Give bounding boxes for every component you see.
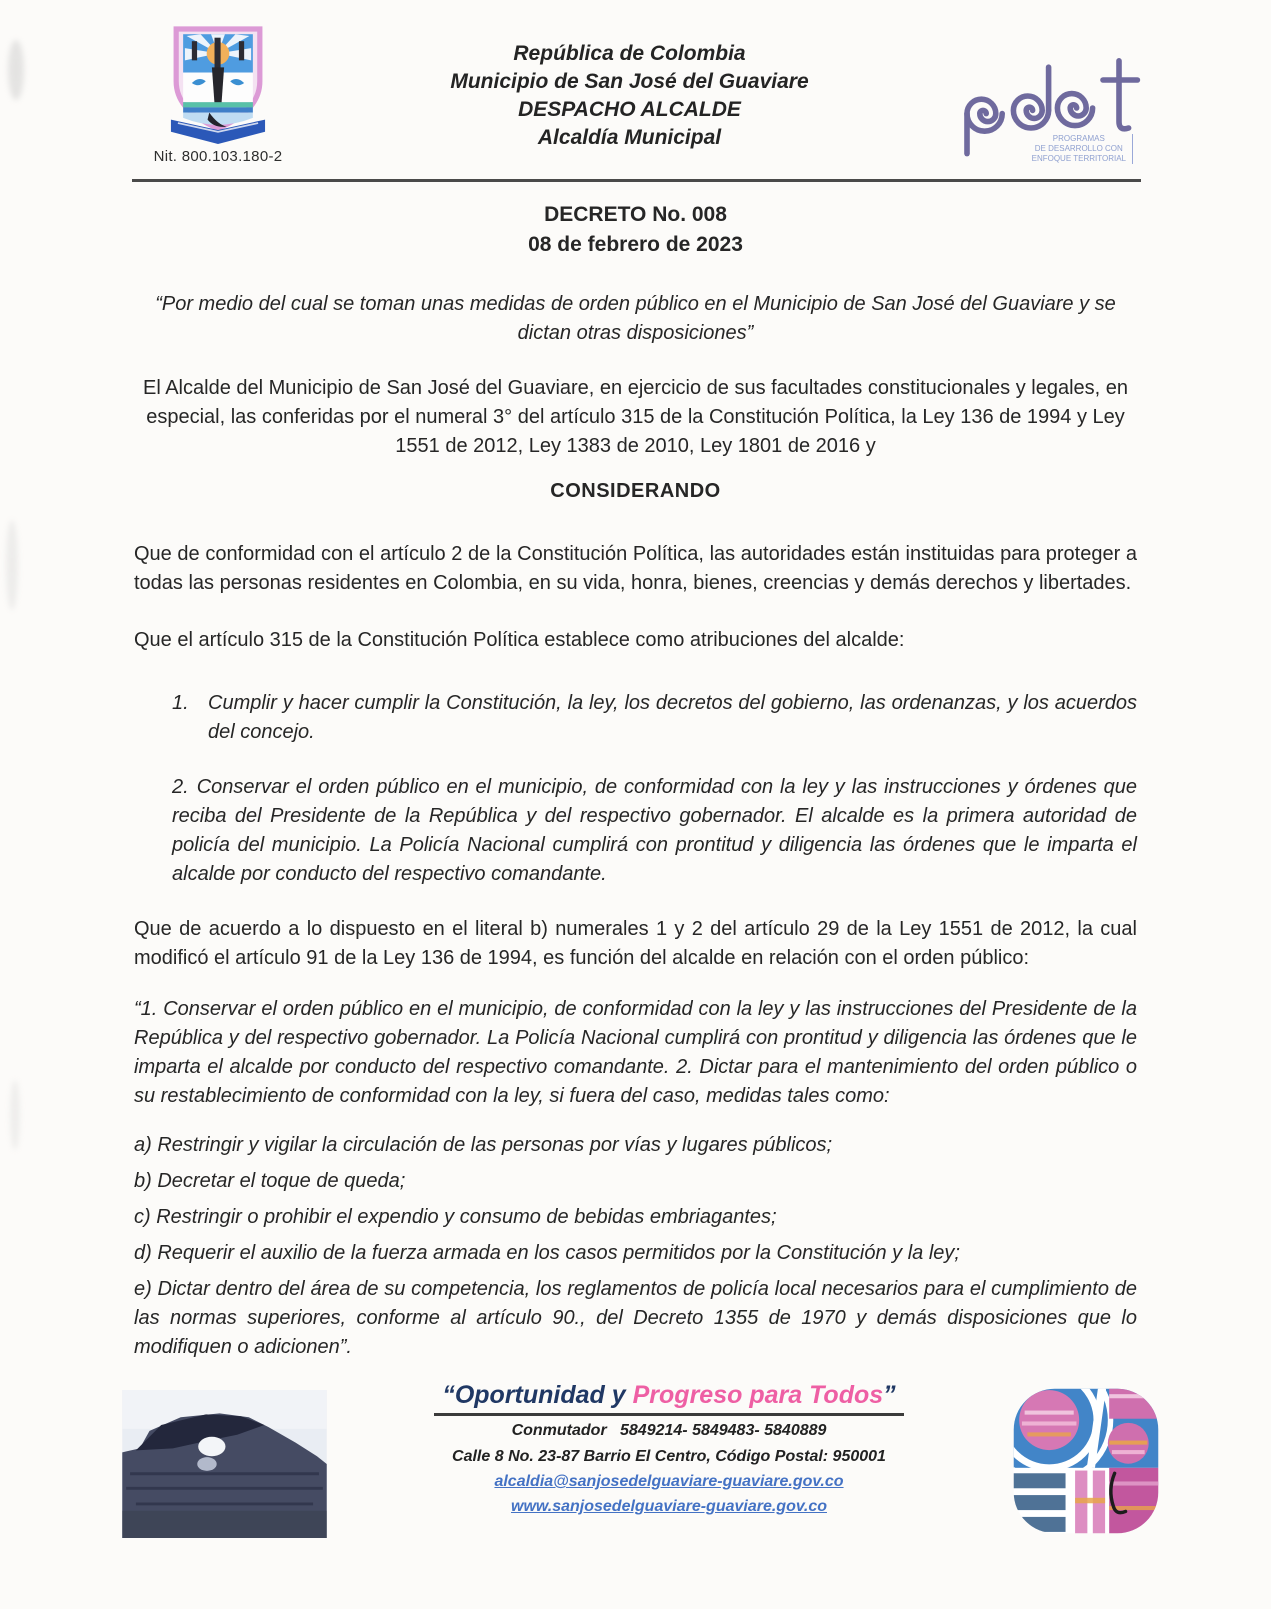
footer-website-link[interactable]: www.sanjosedelguaviare-guaviare.gov.co [341,1495,997,1518]
consideration-paragraph-1: Que de conformidad con el artículo 2 de … [134,540,1137,598]
attribution-item-1-text: Cumplir y hacer cumplir la Constitución,… [208,689,1137,747]
decree-subject: “Por medio del cual se toman unas medida… [134,290,1137,348]
slogan-open: “Oportunidad y [442,1381,632,1409]
footer-slogan: “Oportunidad y Progreso para Todos” [434,1380,903,1416]
attribution-item-1-number: 1. [172,689,208,747]
footer-address-line: Calle 8 No. 23-87 Barrio El Centro, Códi… [341,1445,997,1468]
letterhead-line-country: República de Colombia [308,40,951,68]
document-footer: “Oportunidad y Progreso para Todos” Conm… [0,1362,1271,1543]
pdet-logo-block: PROGRAMAS DE DESARROLLO CON ENFOQUE TERR… [951,22,1151,165]
attribution-item-2: 2.Conservar el orden público en el munic… [172,773,1137,889]
considerando-heading: CONSIDERANDO [134,477,1137,506]
municipal-crest-block: Nit. 800.103.180-2 [128,22,308,165]
measure-item-c: c) Restringir o prohibir el expendio y c… [134,1203,1137,1232]
scan-artifact [10,1080,20,1150]
decree-title-block: DECRETO No. 008 08 de febrero de 2023 [134,200,1137,260]
measure-item-d: d) Requerir el auxilio de la fuerza arma… [134,1239,1137,1268]
decree-body: DECRETO No. 008 08 de febrero de 2023 “P… [0,200,1271,1362]
header-divider [132,179,1141,182]
municipality-brand-logo-icon [1011,1386,1161,1536]
rock-formation-photo [122,1390,327,1543]
legal-quote-paragraph: “1. Conservar el orden público en el mun… [134,995,1137,1111]
measures-list: a) Restringir y vigilar la circulación d… [134,1131,1137,1362]
municipality-brand-logo [1011,1386,1161,1541]
nit-number: Nit. 800.103.180-2 [128,148,308,165]
measure-item-e: e) Dictar dentro del área de su competen… [134,1275,1137,1362]
slogan-accent: Progreso para Todos [633,1381,884,1409]
consideration-paragraph-3: Que de acuerdo a lo dispuesto en el lite… [134,915,1137,973]
attribution-item-1: 1. Cumplir y hacer cumplir la Constituci… [172,689,1137,747]
municipal-coat-of-arms-icon [157,22,279,144]
footer-contact-block: “Oportunidad y Progreso para Todos” Conm… [327,1380,1011,1518]
pdet-caption: PROGRAMAS DE DESARROLLO CON ENFOQUE TERR… [1032,134,1133,164]
decree-document-page: Nit. 800.103.180-2 República de Colombia… [0,0,1271,1609]
footer-email-link[interactable]: alcaldia@sanjosedelguaviare-guaviare.gov… [341,1470,997,1493]
consideration-paragraph-2: Que el artículo 315 de la Constitución P… [134,626,1137,655]
scan-artifact [6,520,18,610]
letterhead-line-municipality: Municipio de San José del Guaviare [308,68,951,96]
slogan-close: ” [883,1381,896,1409]
measure-item-a: a) Restringir y vigilar la circulación d… [134,1131,1137,1160]
letterhead-line-office: DESPACHO ALCALDE [308,96,951,124]
measure-item-b: b) Decretar el toque de queda; [134,1167,1137,1196]
decree-number: DECRETO No. 008 [134,200,1137,230]
attribution-item-2-number: 2. [172,776,189,798]
rock-formation-photo-icon [122,1390,327,1538]
decree-date: 08 de febrero de 2023 [134,230,1137,260]
footer-phone-line: Conmutador 5849214- 5849483- 5840889 [341,1419,997,1442]
decree-preamble: El Alcalde del Municipio de San José del… [134,374,1137,461]
scan-artifact [8,40,24,100]
letterhead-line-alcaldia: Alcaldía Municipal [308,124,951,152]
letterhead: Nit. 800.103.180-2 República de Colombia… [0,0,1271,165]
letterhead-title-block: República de Colombia Municipio de San J… [308,22,951,152]
attribution-item-2-text: Conservar el orden público en el municip… [172,776,1137,885]
